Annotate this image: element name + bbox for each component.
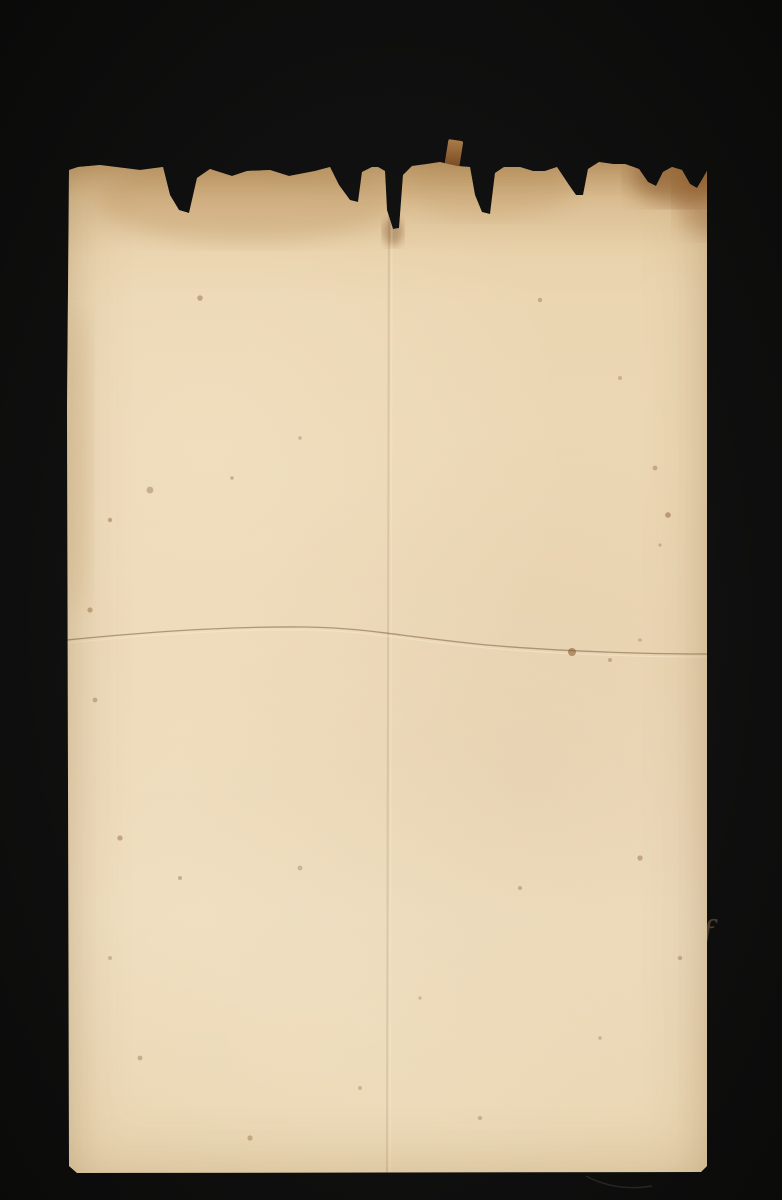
fold-line	[387, 175, 389, 1173]
crease-line	[67, 627, 707, 654]
foxing-spots	[87, 295, 682, 1140]
paper-edge-shading	[67, 140, 707, 1173]
document-paper	[67, 140, 707, 1173]
stain-overlay	[67, 140, 707, 1173]
photo-background: In the Supreme Court of the Straits Sett…	[0, 0, 782, 1200]
torn-edge-stain	[67, 158, 707, 253]
